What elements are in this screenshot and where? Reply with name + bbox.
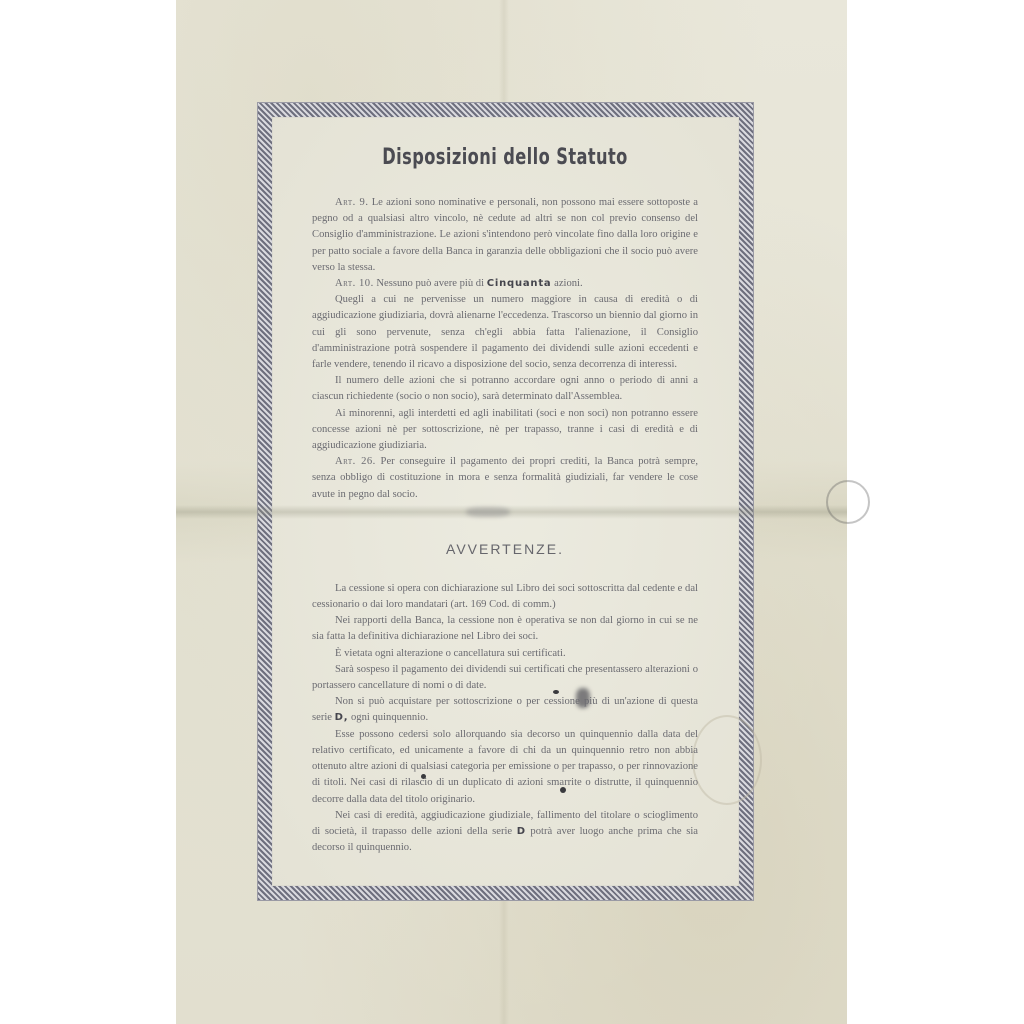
article-text: azioni. [551, 278, 582, 289]
document-title: Disposizioni dello Statuto [347, 145, 664, 175]
notice-paragraph: Nei rapporti della Banca, la cessione no… [312, 613, 698, 645]
article-text: Nessuno può avere più di [374, 278, 487, 289]
statute-paragraph: Ai minorenni, agli interdetti ed agli in… [312, 406, 698, 455]
emphasis-series-d: D, [335, 712, 349, 723]
notice-paragraph: Esse possono cedersi solo allorquando si… [312, 727, 698, 808]
embossed-seal-stamp [692, 715, 762, 805]
article-label: Art. 9. [335, 197, 368, 208]
notice-paragraph: Sarà sospeso il pagamento dei dividendi … [312, 662, 698, 694]
statute-section: Art. 9. Le azioni sono nominative e pers… [312, 195, 698, 503]
notice-paragraph: La cessione si opera con dichiarazione s… [312, 581, 698, 613]
notice-text: ogni quinquennio. [348, 712, 428, 723]
emphasis-series-d: D [517, 826, 526, 837]
document-sheet: Disposizioni dello Statuto Art. 9. Le az… [176, 0, 847, 1024]
notice-paragraph: Nei casi di eredità, aggiudicazione giud… [312, 808, 698, 857]
statute-article-26: Art. 26. Per conseguire il pagamento dei… [312, 454, 698, 503]
statute-paragraph: Quegli a cui ne pervenisse un numero mag… [312, 292, 698, 373]
notice-paragraph: È vietata ogni alterazione o cancellatur… [312, 646, 698, 662]
document-body: Disposizioni dello Statuto Art. 9. Le az… [312, 140, 698, 856]
statute-article-10: Art. 10. Nessuno può avere più di Cinqua… [312, 276, 698, 292]
notices-heading: AVVERTENZE. [312, 541, 698, 557]
statute-article-9: Art. 9. Le azioni sono nominative e pers… [312, 195, 698, 276]
article-label: Art. 10. [335, 278, 374, 289]
article-label: Art. 26. [335, 456, 376, 467]
notices-section: La cessione si opera con dichiarazione s… [312, 581, 698, 856]
emphasis-cinquanta: Cinquanta [487, 278, 552, 289]
article-text: Le azioni sono nominative e personali, n… [312, 197, 698, 273]
partial-seal-stamp [826, 480, 870, 524]
statute-paragraph: Il numero delle azioni che si potranno a… [312, 373, 698, 405]
notice-paragraph: Non si può acquistare per sottoscrizione… [312, 694, 698, 726]
